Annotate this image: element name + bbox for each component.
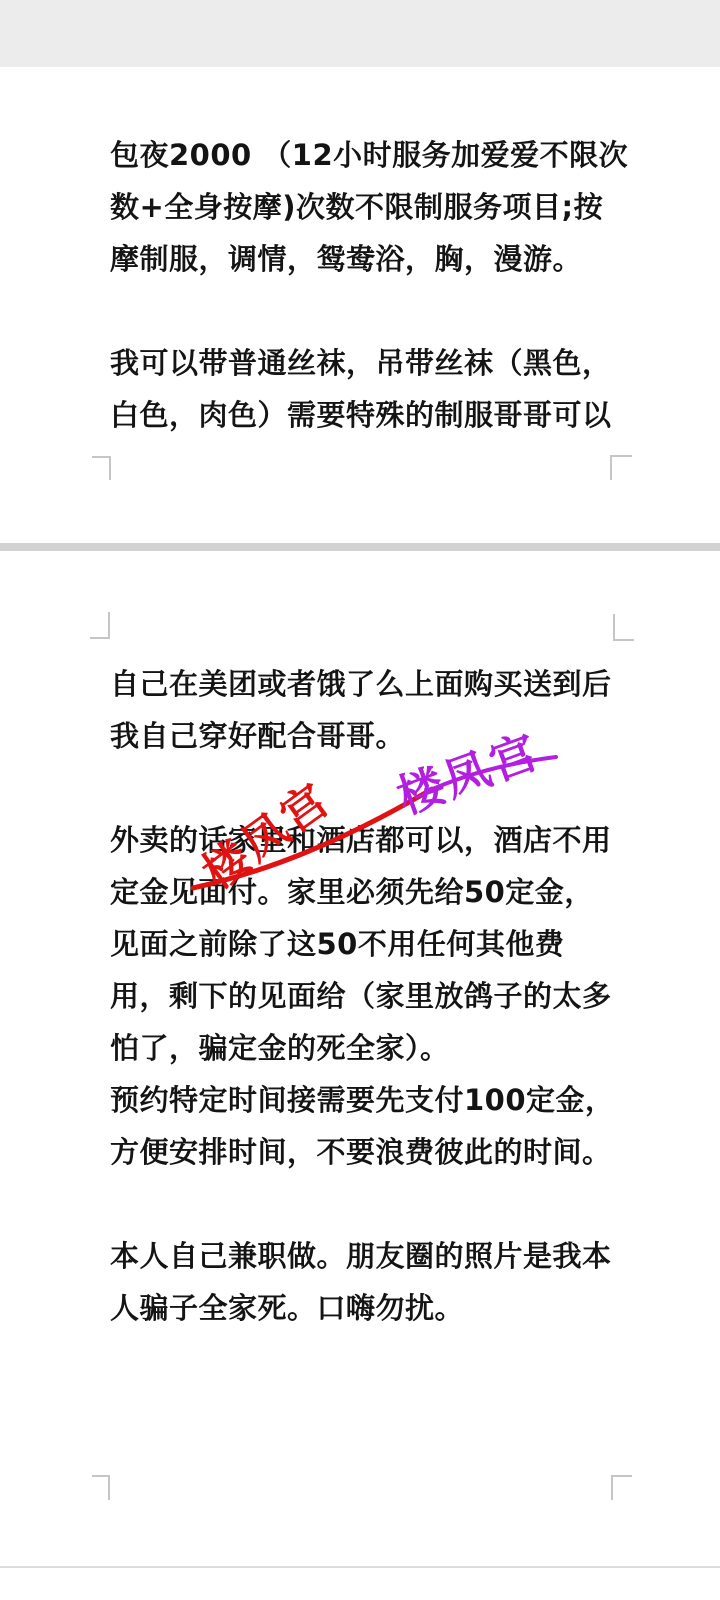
image-gap-divider	[0, 543, 720, 551]
page-corner-mark	[90, 612, 110, 639]
text-line: 我自己穿好配合哥哥。	[110, 710, 405, 762]
text-line: 摩制服，调情，鸳鸯浴，胸，漫游。	[110, 233, 582, 285]
top-gray-band	[0, 0, 720, 67]
page-corner-mark	[610, 455, 632, 480]
text-line: 自己在美团或者饿了么上面购买送到后	[110, 658, 612, 710]
text-line: 人骗子全家死。口嗨勿扰。	[110, 1282, 464, 1334]
page-corner-mark	[92, 456, 111, 480]
text-line: 用，剩下的见面给（家里放鸽子的太多	[110, 970, 612, 1022]
text-line: 见面之前除了这50不用任何其他费	[110, 918, 564, 970]
document-image-2[interactable]: 自己在美团或者饿了么上面购买送到后 我自己穿好配合哥哥。 外卖的话家里和酒店都可…	[0, 551, 720, 1566]
text-line: 本人自己兼职做。朋友圈的照片是我本	[110, 1230, 612, 1282]
screenshot-root: 包夜2000 （12小时服务加爱爱不限次 数+全身按摩)次数不限制服务项目;按 …	[0, 0, 720, 1600]
text-line: 白色，肉色）需要特殊的制服哥哥可以	[110, 389, 612, 441]
text-line: 方便安排时间，不要浪费彼此的时间。	[110, 1126, 612, 1178]
page-corner-mark	[613, 614, 634, 641]
bottom-edge-line	[0, 1566, 720, 1568]
text-line: 定金见面付。家里必须先给50定金，	[110, 866, 594, 918]
text-line: 包夜2000 （12小时服务加爱爱不限次	[110, 129, 628, 181]
text-line: 数+全身按摩)次数不限制服务项目;按	[110, 181, 603, 233]
text-line: 我可以带普通丝袜，吊带丝袜（黑色，	[110, 337, 612, 389]
text-line: 预约特定时间接需要先支付100定金，	[110, 1074, 615, 1126]
page-corner-mark	[611, 1475, 632, 1500]
page-corner-mark	[92, 1475, 110, 1500]
text-line: 外卖的话家里和酒店都可以，酒店不用	[110, 814, 612, 866]
text-line: 怕了，骗定金的死全家）。	[110, 1022, 450, 1074]
